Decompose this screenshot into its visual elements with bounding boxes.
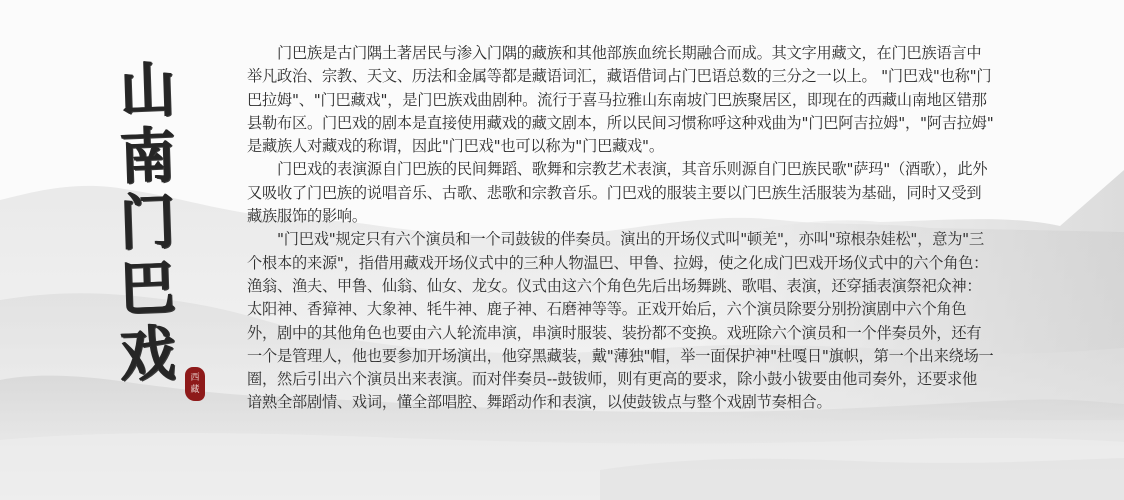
red-seal-stamp: 西 藏 — [185, 367, 205, 401]
text-line: 举凡政治、宗教、天文、历法和金属等都是藏语词汇，藏语借词占门巴语总数的三分之一以… — [247, 65, 1067, 88]
seal-char: 藏 — [190, 384, 199, 396]
text-line: 巴拉姆"、"门巴藏戏"，是门巴族戏曲剧种。流行于喜马拉雅山东南坡门巴族聚居区，即… — [247, 89, 1067, 112]
title-char: 巴 — [119, 255, 176, 323]
title-char: 戏 — [119, 321, 176, 389]
title-char: 山 — [119, 57, 176, 125]
text-line: 门巴族是古门隅土著居民与渗入门隅的藏族和其他部族血统长期融合而成。其文字用藏文，… — [247, 42, 1067, 65]
title-char: 南 — [119, 123, 176, 191]
seal-char: 西 — [190, 372, 199, 384]
paragraph-performers-ritual: "门巴戏"规定只有六个演员和一个司鼓钹的伴奏员。演出的开场仪式叫"顿羌"，亦叫"… — [247, 228, 1067, 414]
text-line: 渔翁、渔夫、甲鲁、仙翁、仙女、龙女。仪式由这六个角色先后出场舞跳、歌唱、表演，还… — [247, 275, 1067, 298]
text-line: "门巴戏"规定只有六个演员和一个司鼓钹的伴奏员。演出的开场仪式叫"顿羌"，亦叫"… — [247, 228, 1067, 251]
text-line: 门巴戏的表演源自门巴族的民间舞蹈、歌舞和宗教艺术表演，其音乐则源自门巴族民歌"萨… — [247, 158, 1067, 181]
paragraph-origin: 门巴族是古门隅土著居民与渗入门隅的藏族和其他部族血统长期融合而成。其文字用藏文，… — [247, 42, 1067, 158]
text-line: 藏族服饰的影响。 — [247, 205, 1067, 228]
text-line: 太阳神、香獐神、大象神、牦牛神、鹿子神、石磨神等等。正戏开始后，六个演员除要分别… — [247, 298, 1067, 321]
article-body: 门巴族是古门隅土著居民与渗入门隅的藏族和其他部族血统长期融合而成。其文字用藏文，… — [247, 42, 1067, 415]
title-char: 门 — [119, 189, 176, 257]
text-line: 是藏族人对藏戏的称谓，因此"门巴戏"也可以称为"门巴藏戏"。 — [247, 135, 1067, 158]
text-line: 又吸收了门巴族的说唱音乐、古歌、悲歌和宗教音乐。门巴戏的服装主要以门巴族生活服装… — [247, 182, 1067, 205]
text-line: 个根本的来源"，指借用藏戏开场仪式中的三种人物温巴、甲鲁、拉姆，使之化成门巴戏开… — [247, 252, 1067, 275]
text-line: 外，剧中的其他角色也要由六人轮流串演，串演时服装、装扮都不变换。戏班除六个演员和… — [247, 322, 1067, 345]
vertical-calligraphy-title: 山 南 门 巴 戏 — [108, 58, 188, 388]
text-line: 一个是管理人，他也要参加开场演出，他穿黑藏装，戴"薄独"帽，举一面保护神"杜嘎日… — [247, 345, 1067, 368]
text-line: 圈，然后引出六个演员出来表演。而对伴奏员--鼓钹师，则有更高的要求，除小鼓小钹要… — [247, 368, 1067, 391]
text-line: 县勒布区。门巴戏的剧本是直接使用藏戏的藏文剧本，所以民间习惯称呼这种戏曲为"门巴… — [247, 112, 1067, 135]
paragraph-performance-source: 门巴戏的表演源自门巴族的民间舞蹈、歌舞和宗教艺术表演，其音乐则源自门巴族民歌"萨… — [247, 158, 1067, 228]
text-line: 谙熟全部剧情、戏词，懂全部唱腔、舞蹈动作和表演，以使鼓钹点与整个戏剧节奏相合。 — [247, 391, 1067, 414]
